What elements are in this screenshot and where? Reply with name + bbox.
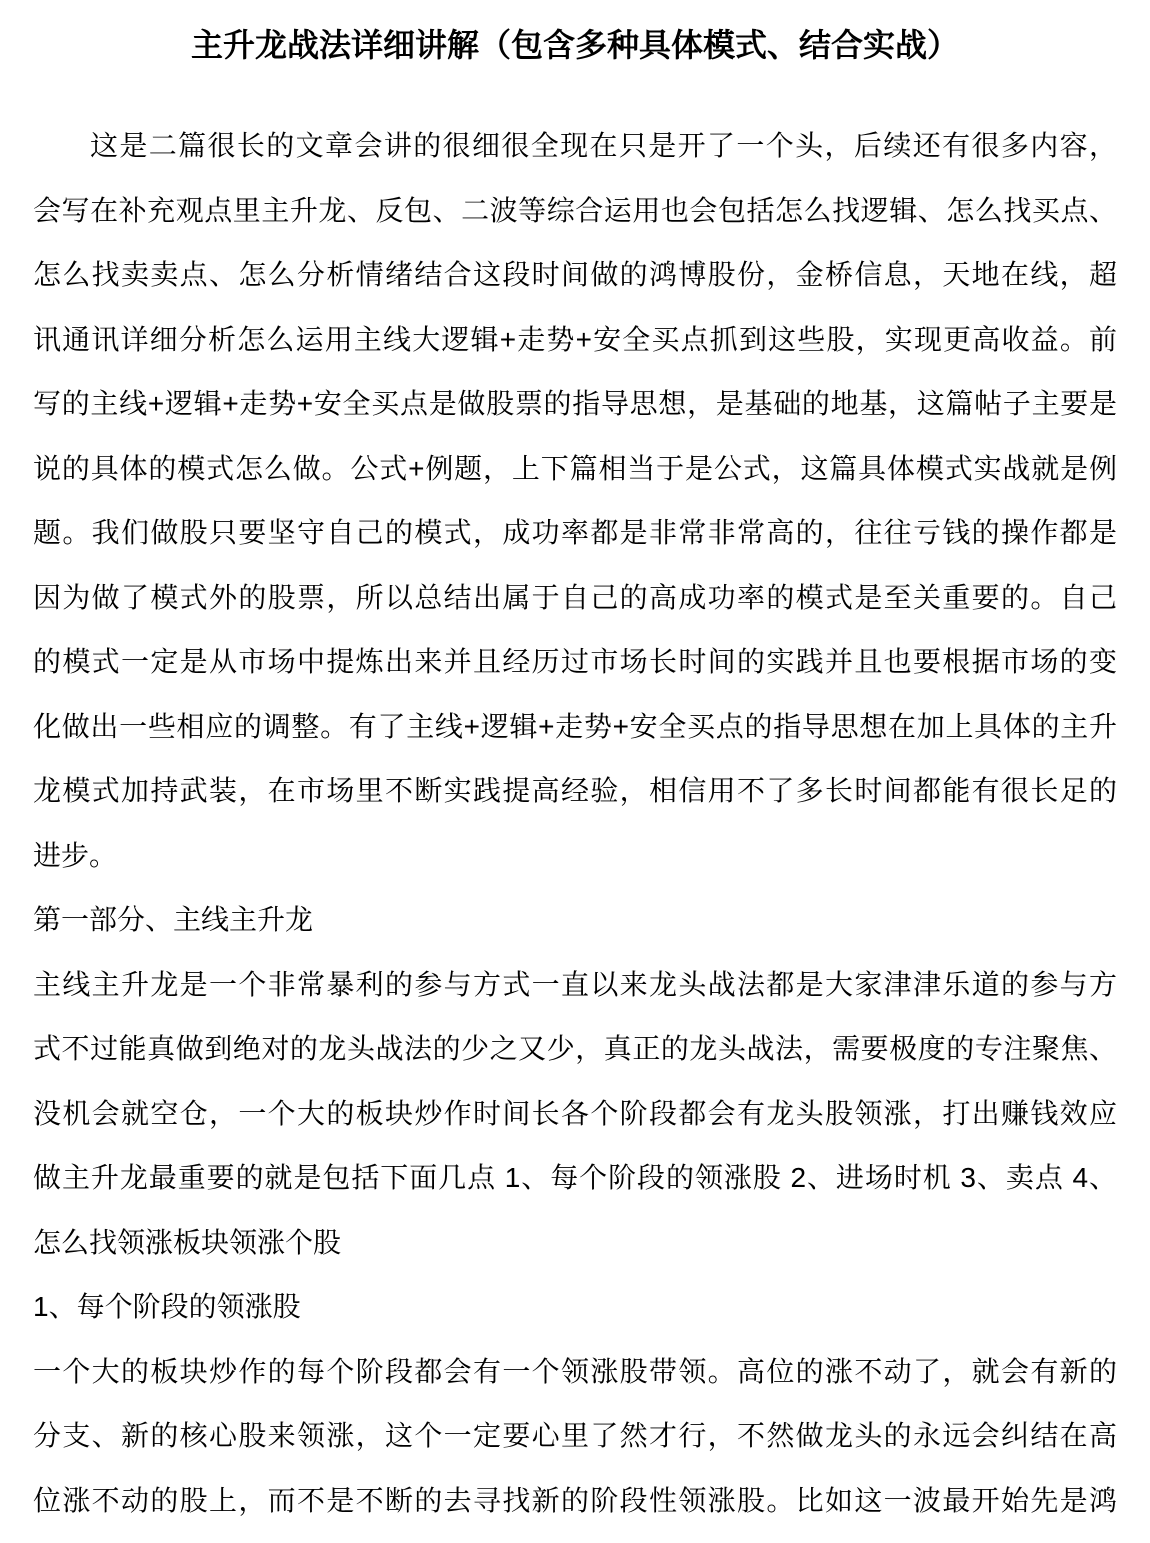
paragraph: 1、每个阶段的领涨股 — [33, 1275, 1117, 1340]
text-line: 没机会就空仓，一个大的板块炒作时间长各个阶段都会有龙头股领涨，打出赚钱效应 — [33, 1082, 1117, 1147]
paragraph: 第一部分、主线主升龙 — [33, 888, 1117, 953]
text-line: 的模式一定是从市场中提炼出来并且经历过市场长时间的实践并且也要根据市场的变 — [33, 630, 1117, 695]
text-line: 分支、新的核心股来领涨，这个一定要心里了然才行，不然做龙头的永远会纠结在高 — [33, 1404, 1117, 1469]
paragraph: 主线主升龙是一个非常暴利的参与方式一直以来龙头战法都是大家津津乐道的参与方式不过… — [33, 953, 1117, 1276]
text-line: 题。我们做股只要坚守自己的模式，成功率都是非常非常高的，往往亏钱的操作都是 — [33, 501, 1117, 566]
paragraph: 这是二篇很长的文章会讲的很细很全现在只是开了一个头，后续还有很多内容，会写在补充… — [33, 114, 1117, 888]
text-line: 主线主升龙是一个非常暴利的参与方式一直以来龙头战法都是大家津津乐道的参与方 — [33, 953, 1117, 1018]
text-line: 会写在补充观点里主升龙、反包、二波等综合运用也会包括怎么找逻辑、怎么找买点、 — [33, 179, 1117, 244]
document-page: 主升龙战法详细讲解（包含多种具体模式、结合实战） 这是二篇很长的文章会讲的很细很… — [0, 0, 1150, 1543]
text-line: 第一部分、主线主升龙 — [33, 888, 1117, 953]
text-line: 写的主线+逻辑+走势+安全买点是做股票的指导思想，是基础的地基，这篇帖子主要是 — [33, 372, 1117, 437]
text-line: 化做出一些相应的调整。有了主线+逻辑+走势+安全买点的指导思想在加上具体的主升 — [33, 695, 1117, 760]
text-line: 进步。 — [33, 824, 1117, 889]
text-line: 说的具体的模式怎么做。公式+例题，上下篇相当于是公式，这篇具体模式实战就是例 — [33, 437, 1117, 502]
text-line: 怎么找卖卖点、怎么分析情绪结合这段时间做的鸿博股份，金桥信息，天地在线，超 — [33, 243, 1117, 308]
document-body: 这是二篇很长的文章会讲的很细很全现在只是开了一个头，后续还有很多内容，会写在补充… — [33, 114, 1117, 1533]
text-line: 龙模式加持武装，在市场里不断实践提高经验，相信用不了多长时间都能有很长足的 — [33, 759, 1117, 824]
text-line: 1、每个阶段的领涨股 — [33, 1275, 1117, 1340]
text-line: 这是二篇很长的文章会讲的很细很全现在只是开了一个头，后续还有很多内容， — [33, 114, 1117, 179]
text-line: 一个大的板块炒作的每个阶段都会有一个领涨股带领。高位的涨不动了，就会有新的 — [33, 1340, 1117, 1405]
text-line: 讯通讯详细分析怎么运用主线大逻辑+走势+安全买点抓到这些股，实现更高收益。前 — [33, 308, 1117, 373]
text-line: 怎么找领涨板块领涨个股 — [33, 1211, 1117, 1276]
text-line: 式不过能真做到绝对的龙头战法的少之又少，真正的龙头战法，需要极度的专注聚焦、 — [33, 1017, 1117, 1082]
document-title: 主升龙战法详细讲解（包含多种具体模式、结合实战） — [33, 24, 1117, 66]
text-line: 位涨不动的股上，而不是不断的去寻找新的阶段性领涨股。比如这一波最开始先是鸿 — [33, 1469, 1117, 1534]
text-line: 做主升龙最重要的就是包括下面几点 1、每个阶段的领涨股 2、进场时机 3、卖点 … — [33, 1146, 1117, 1211]
paragraph: 一个大的板块炒作的每个阶段都会有一个领涨股带领。高位的涨不动了，就会有新的分支、… — [33, 1340, 1117, 1534]
text-line: 因为做了模式外的股票，所以总结出属于自己的高成功率的模式是至关重要的。自己 — [33, 566, 1117, 631]
